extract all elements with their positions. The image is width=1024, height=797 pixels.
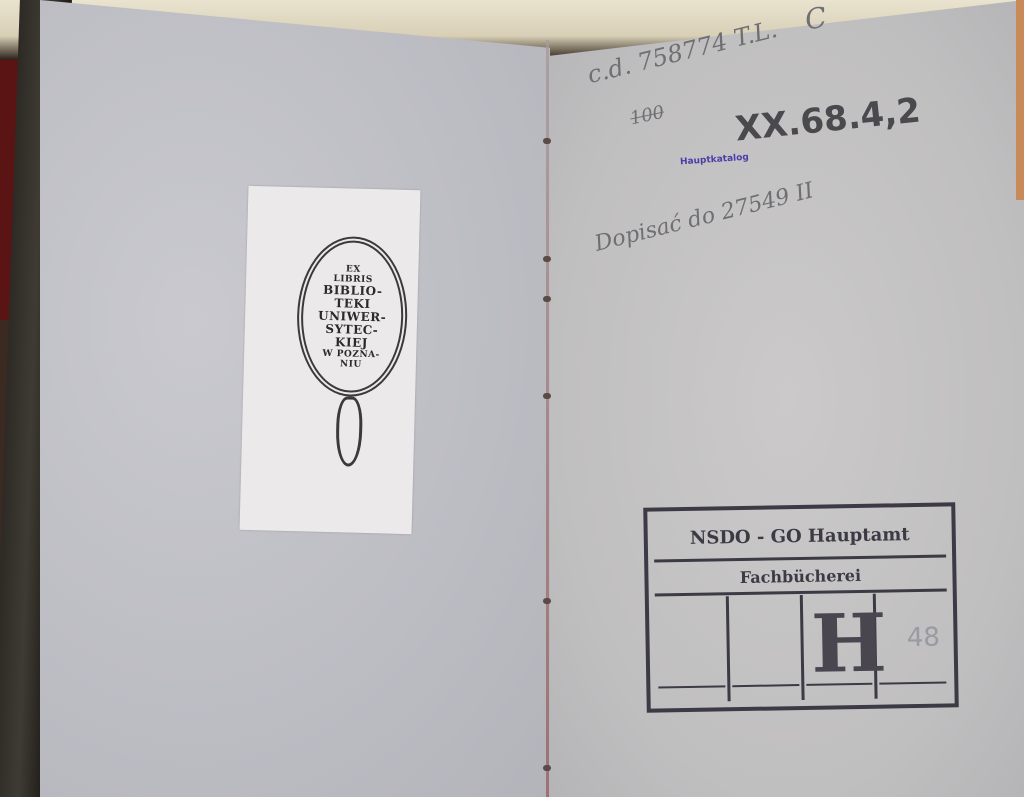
stamp-header: NSDO - GO Hauptamt: [653, 512, 946, 562]
stamp-cell: 48: [876, 592, 949, 698]
stamp-cells: H 48: [655, 592, 949, 702]
stamp-cell: H: [802, 594, 878, 700]
binding-stitch: [543, 296, 551, 302]
stamp-number: 48: [907, 623, 941, 654]
binding-stitch: [543, 256, 551, 262]
crest-emblem: EX LIBRIS BIBLIO- TEKI UNIWER- SYTEC- KI…: [293, 235, 409, 478]
binding-stitch: [543, 765, 551, 771]
binding-stitch: [543, 393, 551, 399]
bookplate-text: NIU: [340, 359, 362, 370]
library-stamp: NSDO - GO Hauptamt Fachbücherei H 48: [643, 502, 959, 712]
crest-oval: EX LIBRIS BIBLIO- TEKI UNIWER- SYTEC- KI…: [295, 235, 409, 398]
bookplate-text: KIEJ: [335, 336, 368, 350]
binding-stitch: [543, 598, 551, 604]
stamp-subheader: Fachbücherei: [654, 558, 947, 596]
binding-stitch: [543, 138, 551, 144]
stamp-cell: [729, 595, 805, 701]
page-edge: [1016, 0, 1024, 200]
stamp-cell: [655, 596, 731, 702]
book-gutter: [546, 40, 549, 797]
bookplate-text: EX: [346, 264, 361, 274]
eagle-pendant-icon: [335, 396, 363, 467]
ex-libris-bookplate: EX LIBRIS BIBLIO- TEKI UNIWER- SYTEC- KI…: [240, 186, 421, 534]
